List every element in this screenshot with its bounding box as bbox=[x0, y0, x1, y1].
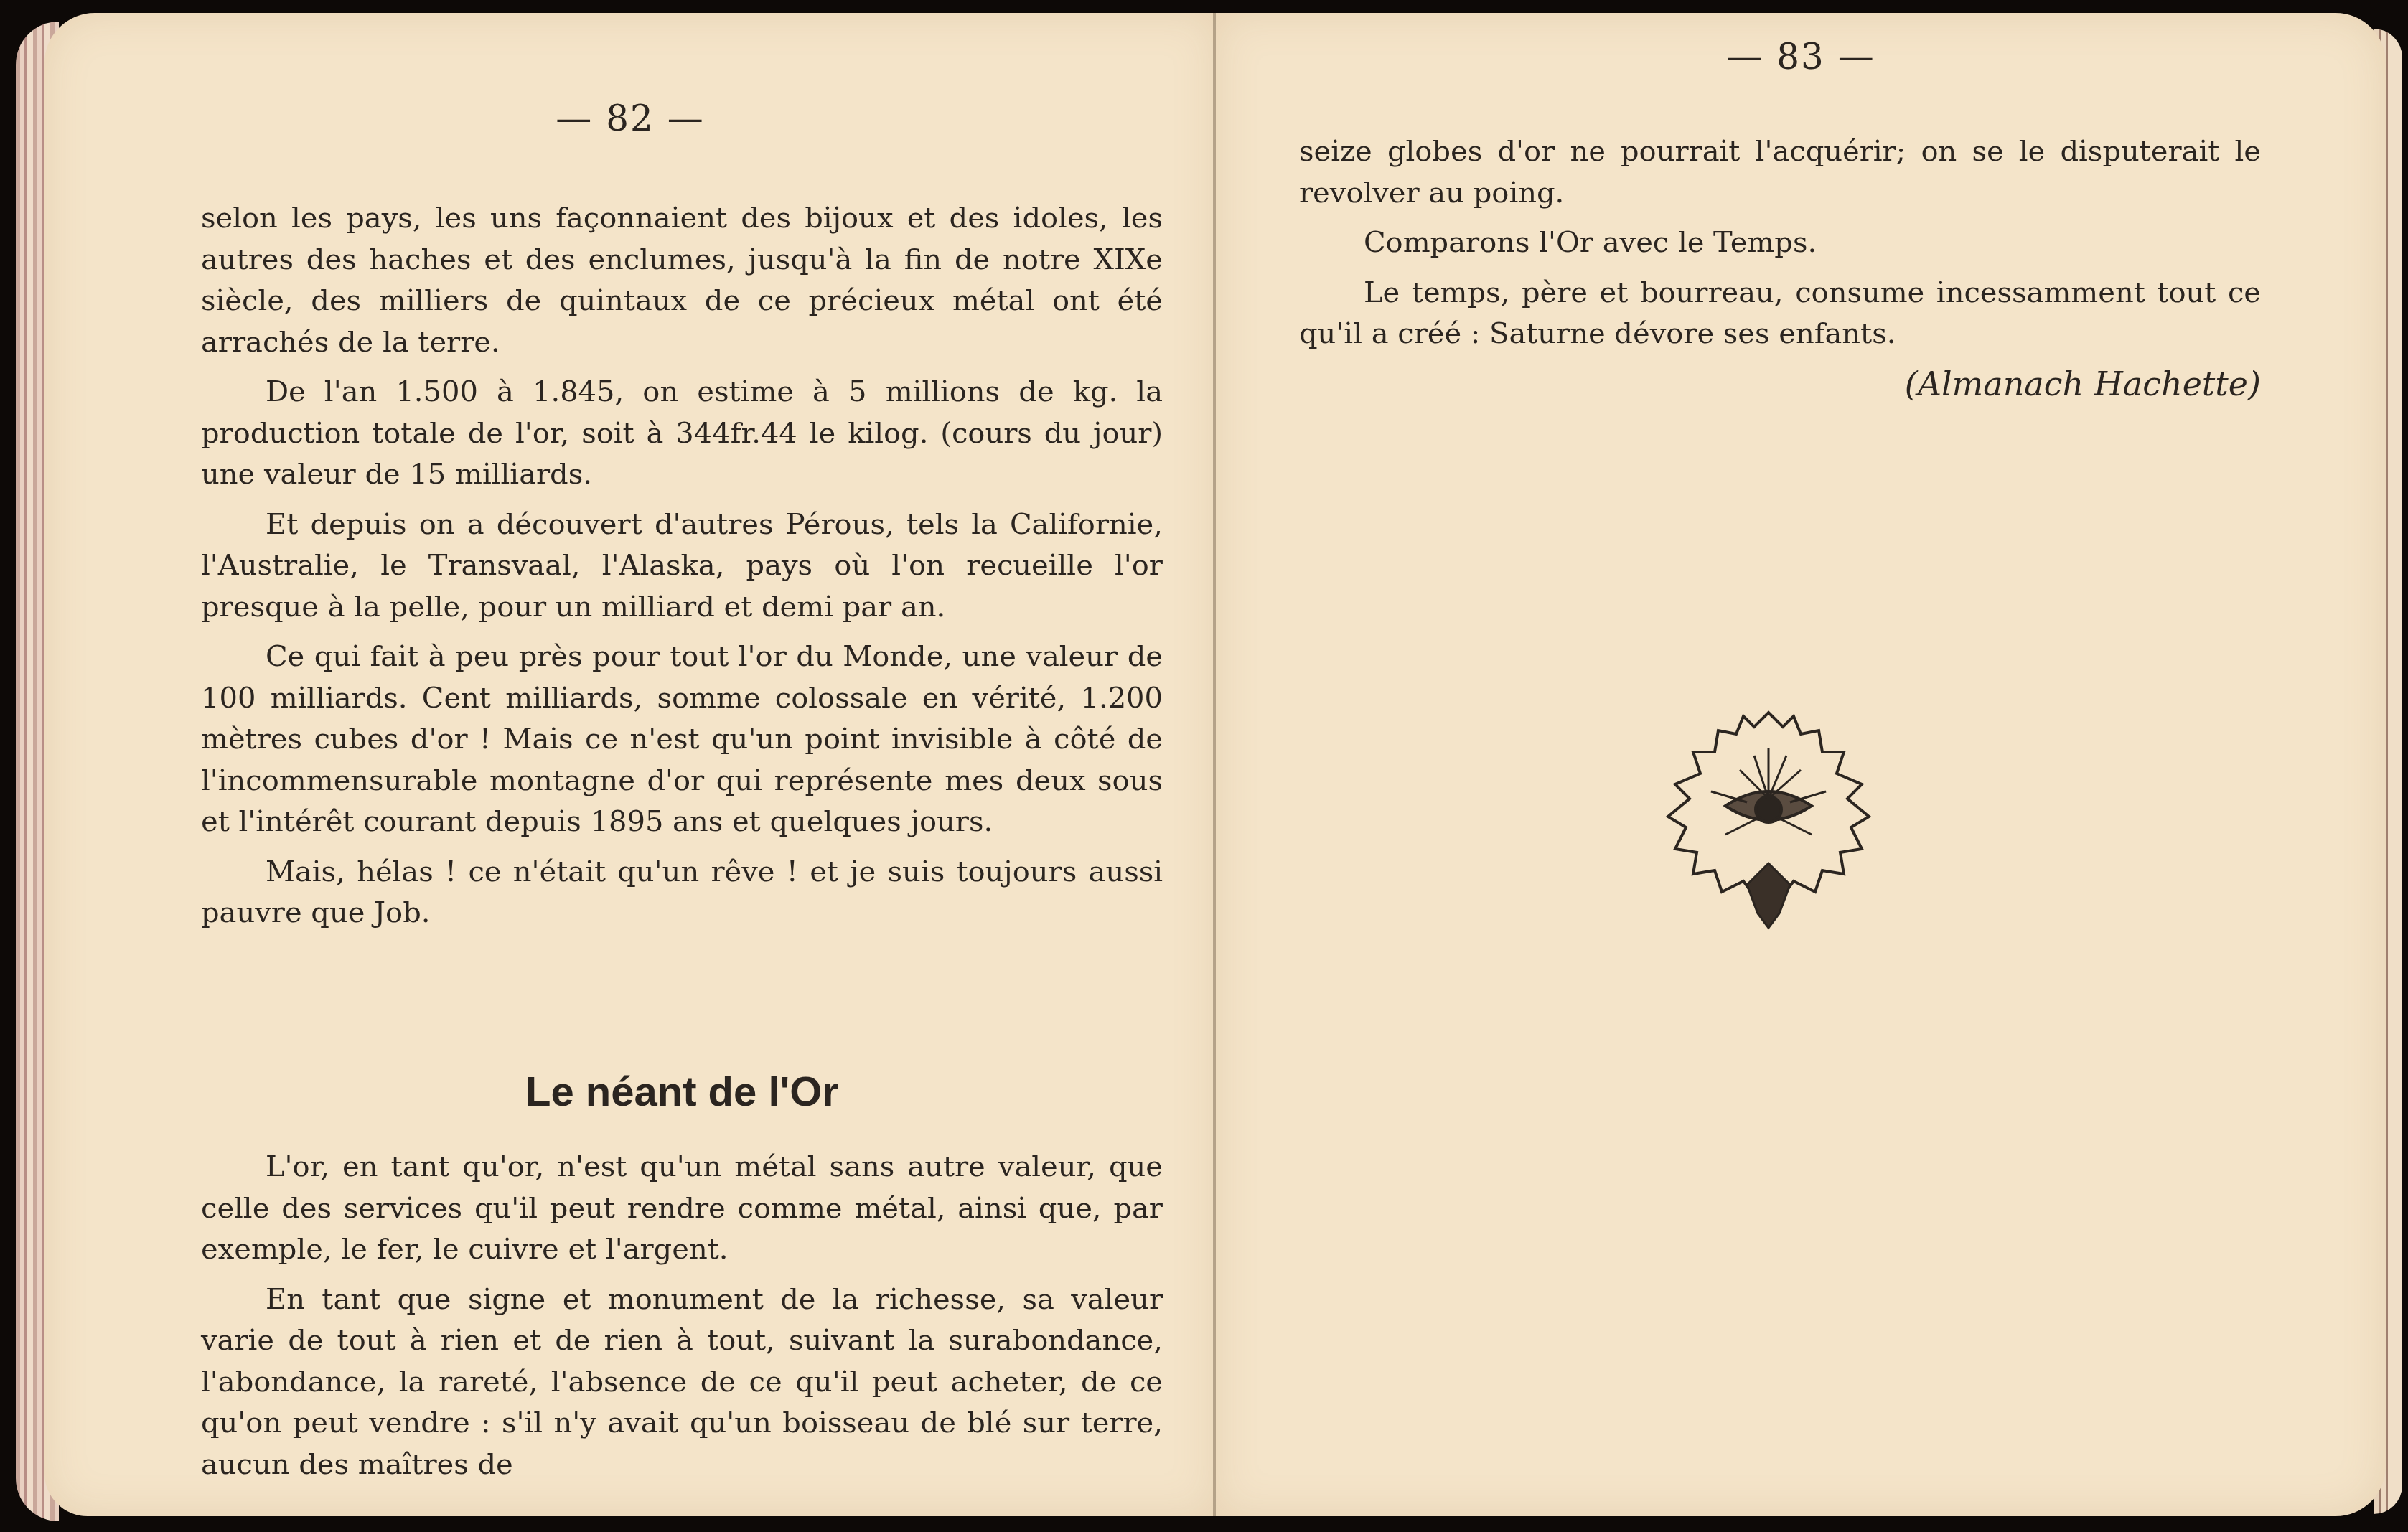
page-number-right: — 83 — bbox=[1216, 36, 2386, 77]
section-heading: Le néant de l'Or bbox=[201, 1068, 1163, 1116]
paragraph: seize globes d'or ne pourrait l'acquérir… bbox=[1299, 131, 2261, 214]
paragraph: Comparons l'Or avec le Temps. bbox=[1299, 222, 2261, 264]
open-book: — 82 — selon les pays, les uns façonnaie… bbox=[0, 0, 2408, 1532]
paragraph: En tant que signe et monument de la rich… bbox=[201, 1279, 1163, 1486]
left-page: — 82 — selon les pays, les uns façonnaie… bbox=[44, 13, 1216, 1516]
paragraph: L'or, en tant qu'or, n'est qu'un métal s… bbox=[201, 1147, 1163, 1271]
paragraph: Mais, hélas ! ce n'était qu'un rêve ! et… bbox=[201, 852, 1163, 934]
flower-ornament-icon bbox=[1646, 691, 1891, 942]
left-page-body: selon les pays, les uns façonnaient des … bbox=[201, 198, 1163, 943]
page-number-left: — 82 — bbox=[44, 98, 1216, 139]
paragraph: Ce qui fait à peu près pour tout l'or du… bbox=[201, 636, 1163, 843]
left-page-body-continued: L'or, en tant qu'or, n'est qu'un métal s… bbox=[201, 1147, 1163, 1494]
paragraph: Le temps, père et bourreau, consume ince… bbox=[1299, 273, 2261, 355]
paragraph: selon les pays, les uns façonnaient des … bbox=[201, 198, 1163, 363]
paragraph: Et depuis on a découvert d'autres Pérous… bbox=[201, 504, 1163, 629]
right-page: — 83 — seize globes d'or ne pourrait l'a… bbox=[1216, 13, 2386, 1516]
right-page-body: seize globes d'or ne pourrait l'acquérir… bbox=[1299, 131, 2261, 405]
attribution: (Almanach Hachette) bbox=[1299, 364, 2261, 405]
paragraph: De l'an 1.500 à 1.845, on estime à 5 mil… bbox=[201, 372, 1163, 496]
